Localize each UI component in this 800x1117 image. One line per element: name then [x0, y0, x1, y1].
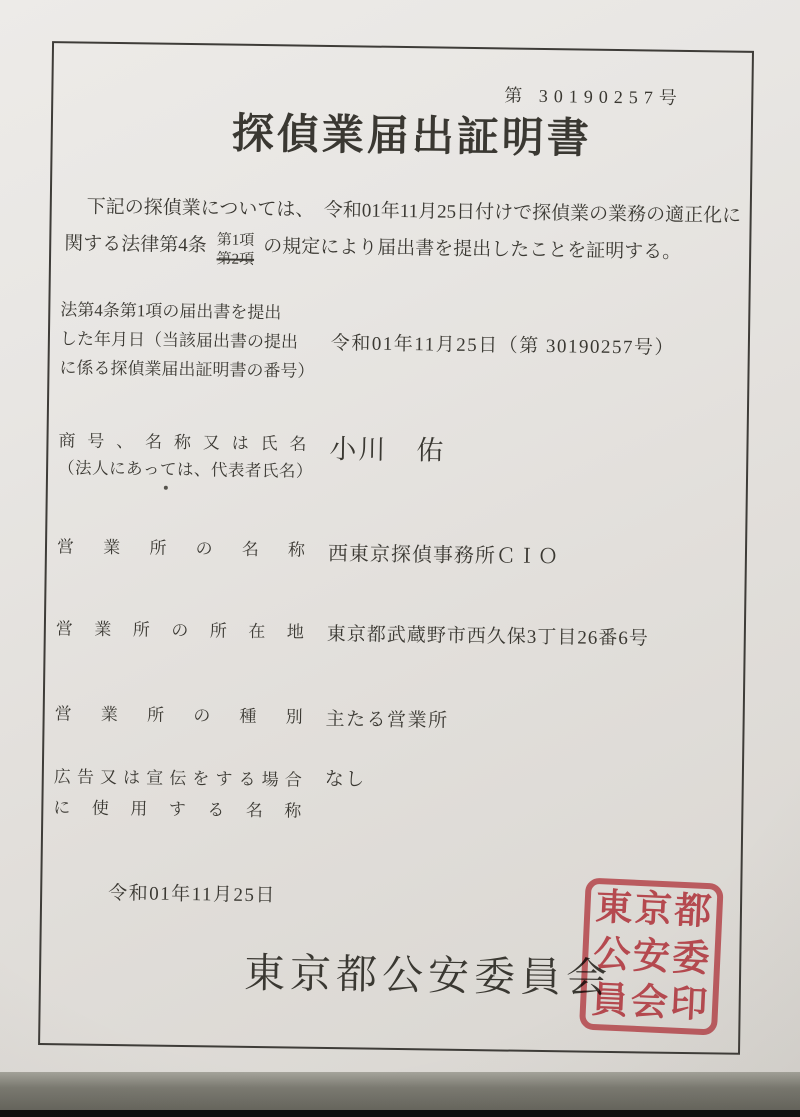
seal-row-3: 員会印	[588, 982, 710, 1024]
clause-struck-out: 第2項	[216, 250, 254, 270]
document-title: 探偵業届出証明書	[211, 100, 612, 166]
field-label-office-address: 営業所の所在地	[56, 614, 304, 642]
field-label-filing-date-line2: した年月日（当該届出書の提出	[60, 324, 308, 357]
official-red-seal: 東京都 公安委 員会印	[579, 877, 724, 1035]
issuer-name: 東京都公安委員会	[244, 940, 613, 1004]
issue-date: 令和01年11月25日	[108, 878, 276, 907]
clause-selected: 第1項	[217, 231, 255, 251]
field-label-trade-name: 商号、名称又は氏名	[58, 426, 306, 454]
seal-row-1: 東京都	[593, 889, 715, 931]
field-value-office-name: 西東京探偵事務所ＣＩＯ	[328, 537, 559, 569]
field-label-office-type: 営業所の種別	[55, 699, 303, 727]
field-label-office-name: 営業所の名称	[57, 532, 305, 560]
field-label-advertising-name-line2: に使用する名称	[53, 793, 301, 821]
certificate: 第 30190257号 探偵業届出証明書 下記の探偵業については、 令和01年1…	[0, 0, 800, 1117]
field-value-office-address: 東京都武蔵野市西久保3丁目26番6号	[327, 619, 649, 650]
document-photo: 第 30190257号 探偵業届出証明書 下記の探偵業については、 令和01年1…	[0, 0, 800, 1117]
field-value-filing-date: 令和01年11月25日（第 30190257号）	[331, 328, 675, 360]
field-label-filing-date: 法第4条第1項の届出書を提出 した年月日（当該届出書の提出 に係る探偵業届出証明…	[59, 295, 308, 386]
clause-selection-stack: 第1項第2項	[216, 231, 254, 271]
intro-line2-prefix: 関する法律第4条	[64, 233, 207, 256]
field-value-advertising-name: なし	[325, 764, 366, 792]
seal-row-2: 公安委	[591, 935, 713, 977]
field-label-advertising-name-line1: 広告又は宣伝をする場合	[54, 762, 302, 790]
ink-speck	[164, 486, 168, 490]
field-value-office-type: 主たる営業所	[325, 704, 448, 733]
field-label-filing-date-line1: 法第4条第1項の届出書を提出	[60, 295, 308, 328]
field-value-trade-name: 小川 佑	[329, 427, 446, 468]
field-label-trade-name-note: （法人にあっては、代表者氏名）	[58, 454, 306, 481]
field-label-filing-date-line3: に係る探偵業届出証明書の番号）	[59, 354, 307, 387]
intro-line2-suffix: の規定により届出書を提出したことを証明する。	[263, 236, 681, 263]
